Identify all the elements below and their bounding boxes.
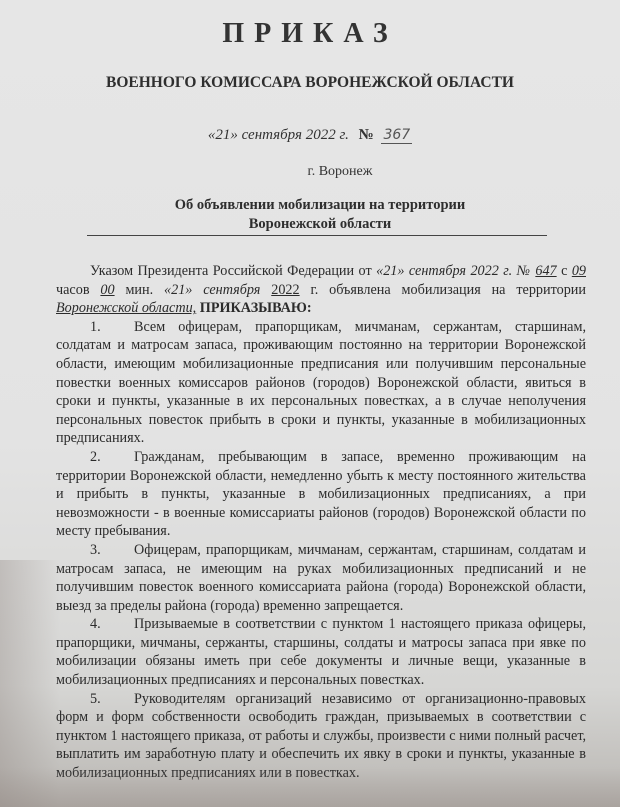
handwritten-order-number: 367 xyxy=(381,127,412,144)
start-minutes: 00 xyxy=(100,282,114,298)
order-item-1: 1.Всем офицерам, прапорщикам, мичманам, … xyxy=(56,318,586,448)
photo-shadow-left xyxy=(0,560,60,807)
order-item-5: 5.Руководителям организаций независимо о… xyxy=(56,690,586,783)
document-date: «21» сентября 2022 г. xyxy=(208,127,349,143)
preamble-text: с xyxy=(557,263,572,279)
document-title: ПРИКАЗ xyxy=(0,18,620,50)
order-item-3: 3.Офицерам, прапорщикам, мичманам, сержа… xyxy=(56,541,586,615)
item-text: Офицерам, прапорщикам, мичманам, сержант… xyxy=(56,542,586,614)
subject-divider xyxy=(87,235,547,236)
document-body: Указом Президента Российской Федерации о… xyxy=(56,262,586,783)
item-number: 5. xyxy=(90,690,134,709)
item-number: 2. xyxy=(90,448,134,467)
decree-date: «21» сентября 2022 г. № xyxy=(376,263,531,279)
item-number: 3. xyxy=(90,541,134,560)
order-item-4: 4.Призываемые в соответствии с пунктом 1… xyxy=(56,615,586,689)
order-word: ПРИКАЗЫВАЮ: xyxy=(200,300,312,316)
start-year: 2022 xyxy=(271,282,299,298)
start-hours: 09 xyxy=(572,263,586,279)
order-item-2: 2.Гражданам, пребывающим в запасе, време… xyxy=(56,448,586,541)
item-number: 4. xyxy=(90,615,134,634)
decree-number: 647 xyxy=(535,263,556,279)
preamble-text: г. объявлена мобилизация на территории xyxy=(300,282,586,298)
item-text: Призываемые в соответствии с пунктом 1 н… xyxy=(56,616,586,688)
subject-line-2: Воронежской области xyxy=(90,215,550,234)
number-label: № xyxy=(359,127,374,143)
subject-line-1: Об объявлении мобилизации на территории xyxy=(90,196,550,215)
preamble-text: мин. xyxy=(115,282,164,298)
document-city: г. Воронеж xyxy=(0,164,620,180)
document-issuer: ВОЕННОГО КОМИССАРА ВОРОНЕЖСКОЙ ОБЛАСТИ xyxy=(0,74,620,92)
item-text: Гражданам, пребывающим в запасе, временн… xyxy=(56,449,586,539)
document-date-number: «21» сентября 2022 г. № 367 xyxy=(0,127,620,144)
item-number: 1. xyxy=(90,318,134,337)
item-text: Руководителям организаций независимо от … xyxy=(56,691,586,781)
start-date: «21» сентября xyxy=(164,282,260,298)
preamble-paragraph: Указом Президента Российской Федерации о… xyxy=(56,262,586,318)
document-subject: Об объявлении мобилизации на территории … xyxy=(90,196,550,234)
region-name: Воронежской области, xyxy=(56,300,196,316)
document-page: ПРИКАЗ ВОЕННОГО КОМИССАРА ВОРОНЕЖСКОЙ ОБ… xyxy=(0,0,620,807)
space xyxy=(260,282,271,298)
preamble-text: Указом Президента Российской Федерации о… xyxy=(90,263,376,279)
preamble-text: часов xyxy=(56,282,100,298)
item-text: Всем офицерам, прапорщикам, мичманам, се… xyxy=(56,319,586,447)
